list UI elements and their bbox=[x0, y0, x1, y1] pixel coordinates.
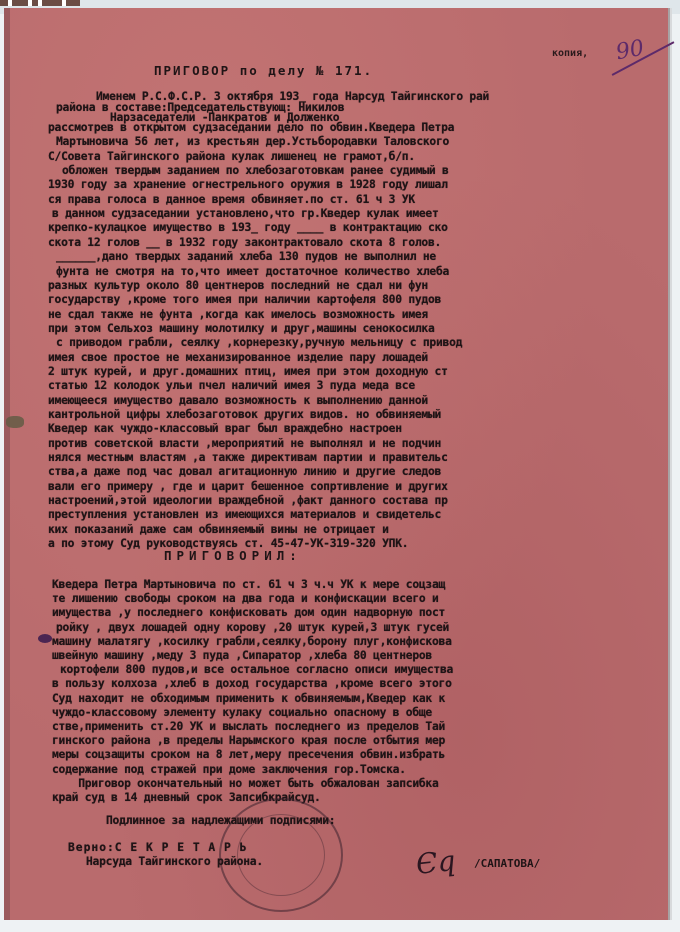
body-line: ______,дано твердых заданий хлеба 130 пу… bbox=[56, 250, 436, 263]
body-line: ких показаний даже сам обвиняемый вины н… bbox=[48, 523, 389, 536]
body-line: 2 штук курей, и друг.домашних птиц, имея… bbox=[48, 365, 448, 378]
document-title: ПРИГОВОР по делу № 171. bbox=[154, 63, 373, 78]
body-line: ства,а даже под час довал агитационную л… bbox=[48, 465, 441, 478]
verdict-line: швейную машину ,меду 3 пуда ,Сипаратор ,… bbox=[52, 649, 432, 662]
body-line: имея свое простое не механизированное из… bbox=[48, 351, 428, 364]
body-line: кантрольной цифры хлебозаготовок других … bbox=[48, 408, 441, 421]
verdict-line: Приговор окончательный но может быть обж… bbox=[52, 777, 439, 790]
body-line: преступления установлен из имеющихся мат… bbox=[48, 508, 441, 521]
body-line: в данном судзаседании установлено,что гр… bbox=[52, 207, 439, 220]
body-line: ся права голоса в данное время обвиняет.… bbox=[48, 193, 415, 206]
verdict-line: стве,применить ст.20 УК и выслать послед… bbox=[52, 720, 445, 733]
body-line: Кведер как чуждо-классовый враг был враж… bbox=[48, 422, 402, 435]
body-line: нялся местным властям ,а также директива… bbox=[48, 451, 448, 464]
archive-page-number: 90 bbox=[614, 36, 646, 65]
body-line: крепко-кулацкое имущество в 193_ году __… bbox=[48, 221, 448, 234]
body-line: против советской власти ,мероприятий не … bbox=[48, 437, 441, 450]
scan-corner-marks bbox=[0, 0, 80, 6]
verdict-line: содержание под стражей при доме заключен… bbox=[52, 763, 406, 776]
signature-line-secretary: Верно:С Е К Р Е Т А Р Ь bbox=[68, 841, 247, 854]
verdict-line: ройку , двух лошадей одну корову ,20 шту… bbox=[56, 621, 449, 634]
body-line: государству ,кроме того имея при наличии… bbox=[48, 293, 441, 306]
body-line: вали его примеру , где и царит бешенное … bbox=[48, 480, 448, 493]
body-line: не сдал также не фунта ,когда как имелос… bbox=[48, 308, 428, 321]
verdict-line: кортофели 800 пудов,и все остальное согл… bbox=[60, 663, 453, 676]
body-line: настроений,этой идеологии враждебной ,фа… bbox=[48, 494, 448, 507]
body-line: при этом Сельхоз машину молотилку и друг… bbox=[48, 322, 435, 335]
verdict-line: чуждо-классовому элементу кулаку социаль… bbox=[52, 706, 432, 719]
verdict-line: Кведера Петра Мартыновича по ст. 61 ч 3 … bbox=[52, 578, 445, 591]
body-line: обложен твердым заданием по хлебозаготов… bbox=[62, 164, 449, 177]
ink-blot bbox=[38, 634, 52, 643]
signature-line-original: Подлинное за надлежащими подписями: bbox=[106, 814, 335, 827]
copy-label: копия, bbox=[552, 48, 588, 59]
document-page: копия, 90 ПРИГОВОР по делу № 171. Именем… bbox=[4, 8, 670, 920]
body-line: 1930 году за хранение огнестрельного ору… bbox=[48, 178, 448, 191]
handwritten-signature: Єq bbox=[414, 844, 457, 881]
body-line: С/Совета Тайгинского района кулак лишене… bbox=[48, 150, 415, 163]
verdict-line: те лишению свободы сроком на два года и … bbox=[52, 592, 439, 605]
verdict-line: гинского района ,в пределы Нарымского кр… bbox=[52, 734, 445, 747]
verdict-line: в пользу колхоза ,хлеб в доход государст… bbox=[52, 677, 452, 690]
body-line: рассмотрев в открытом судзаседании дело … bbox=[48, 121, 454, 134]
verdict-line: Суд находит не обходимым применить к обв… bbox=[52, 692, 445, 705]
stain-mark bbox=[6, 416, 24, 428]
verdict-line: машину малатягу ,косилку грабли,сеялку,б… bbox=[52, 635, 452, 648]
body-line: с приводом грабли, сеялку ,корнерезку,ру… bbox=[56, 336, 462, 349]
verdict-line: имущества ,у последнего конфисковать дом… bbox=[52, 606, 445, 619]
body-line: имеющееся имущество давало возможность к… bbox=[48, 394, 428, 407]
body-line: фунта не смотря на то,что имеет достаточ… bbox=[56, 265, 449, 278]
signer-name: /САПАТОВА/ bbox=[474, 857, 540, 870]
body-line: разных культур около 80 центнеров послед… bbox=[48, 279, 428, 292]
body-line: Мартыновича 56 лет, из крестьян дер.Усть… bbox=[56, 135, 449, 148]
body-line: скота 12 голов __ в 1932 году законтракт… bbox=[48, 236, 441, 249]
verdict-heading: ПРИГОВОРИЛ: bbox=[164, 548, 302, 563]
verdict-line: меры соцзащиты сроком на 8 лет,меру прес… bbox=[52, 748, 445, 761]
body-line: статью 12 колодок ульи пчел наличий имея… bbox=[48, 379, 415, 392]
page-left-edge bbox=[4, 8, 10, 920]
signature-line-court: Нарсуда Тайгинского района. bbox=[86, 855, 263, 868]
